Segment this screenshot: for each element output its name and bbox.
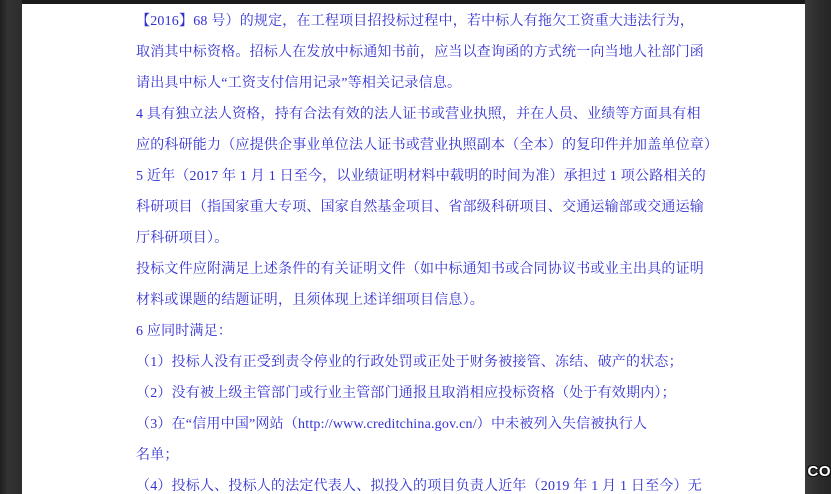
document-viewer: 【2016】68 号）的规定，在工程项目招投标过程中，若中标人有拖欠工资重大违法… xyxy=(0,0,831,494)
document-line: 【2016】68 号）的规定，在工程项目招投标过程中，若中标人有拖欠工资重大违法… xyxy=(136,6,805,37)
document-line: 5 近年（2017 年 1 月 1 日至今，以业绩证明材料中载明的时间为准）承担… xyxy=(136,161,805,192)
document-line: 材料或课题的结题证明，且须体现上述详细项目信息）。 xyxy=(136,285,805,316)
document-line: （4）投标人、投标人的法定代表人、拟投入的项目负责人近年（2019 年 1 月 … xyxy=(136,471,805,494)
document-line: 取消其中标资格。招标人在发放中标通知书前，应当以查询函的方式统一向当地人社部门函 xyxy=(136,37,805,68)
document-line: （2）没有被上级主管部门或行业主管部门通报且取消相应投标资格（处于有效期内）； xyxy=(136,378,805,409)
document-line: （1）投标人没有正受到责令停业的行政处罚或正处于财务被接管、冻结、破产的状态； xyxy=(136,347,805,378)
viewer-left-border xyxy=(0,0,22,494)
document-line: 6 应同时满足： xyxy=(136,316,805,347)
document-line: 投标文件应附满足上述条件的有关证明文件（如中标通知书或合同协议书或业主出具的证明 xyxy=(136,254,805,285)
document-line: 请出具中标人“工资支付信用记录”等相关记录信息。 xyxy=(136,68,805,99)
document-page: 【2016】68 号）的规定，在工程项目招投标过程中，若中标人有拖欠工资重大违法… xyxy=(22,4,805,494)
document-line: （3）在“信用中国”网站（http://www.creditchina.gov.… xyxy=(136,409,805,440)
viewer-right-border xyxy=(805,0,831,494)
watermark-text: CO xyxy=(808,463,831,481)
document-line: 4 具有独立法人资格，持有合法有效的法人证书或营业执照，并在人员、业绩等方面具有… xyxy=(136,99,805,130)
document-line: 应的科研能力（应提供企事业单位法人证书或营业执照副本（全本）的复印件并加盖单位章… xyxy=(136,130,805,161)
document-line: 名单； xyxy=(136,440,805,471)
document-line: 科研项目（指国家重大专项、国家自然基金项目、省部级科研项目、交通运输部或交通运输 xyxy=(136,192,805,223)
document-line: 厅科研项目）。 xyxy=(136,223,805,254)
